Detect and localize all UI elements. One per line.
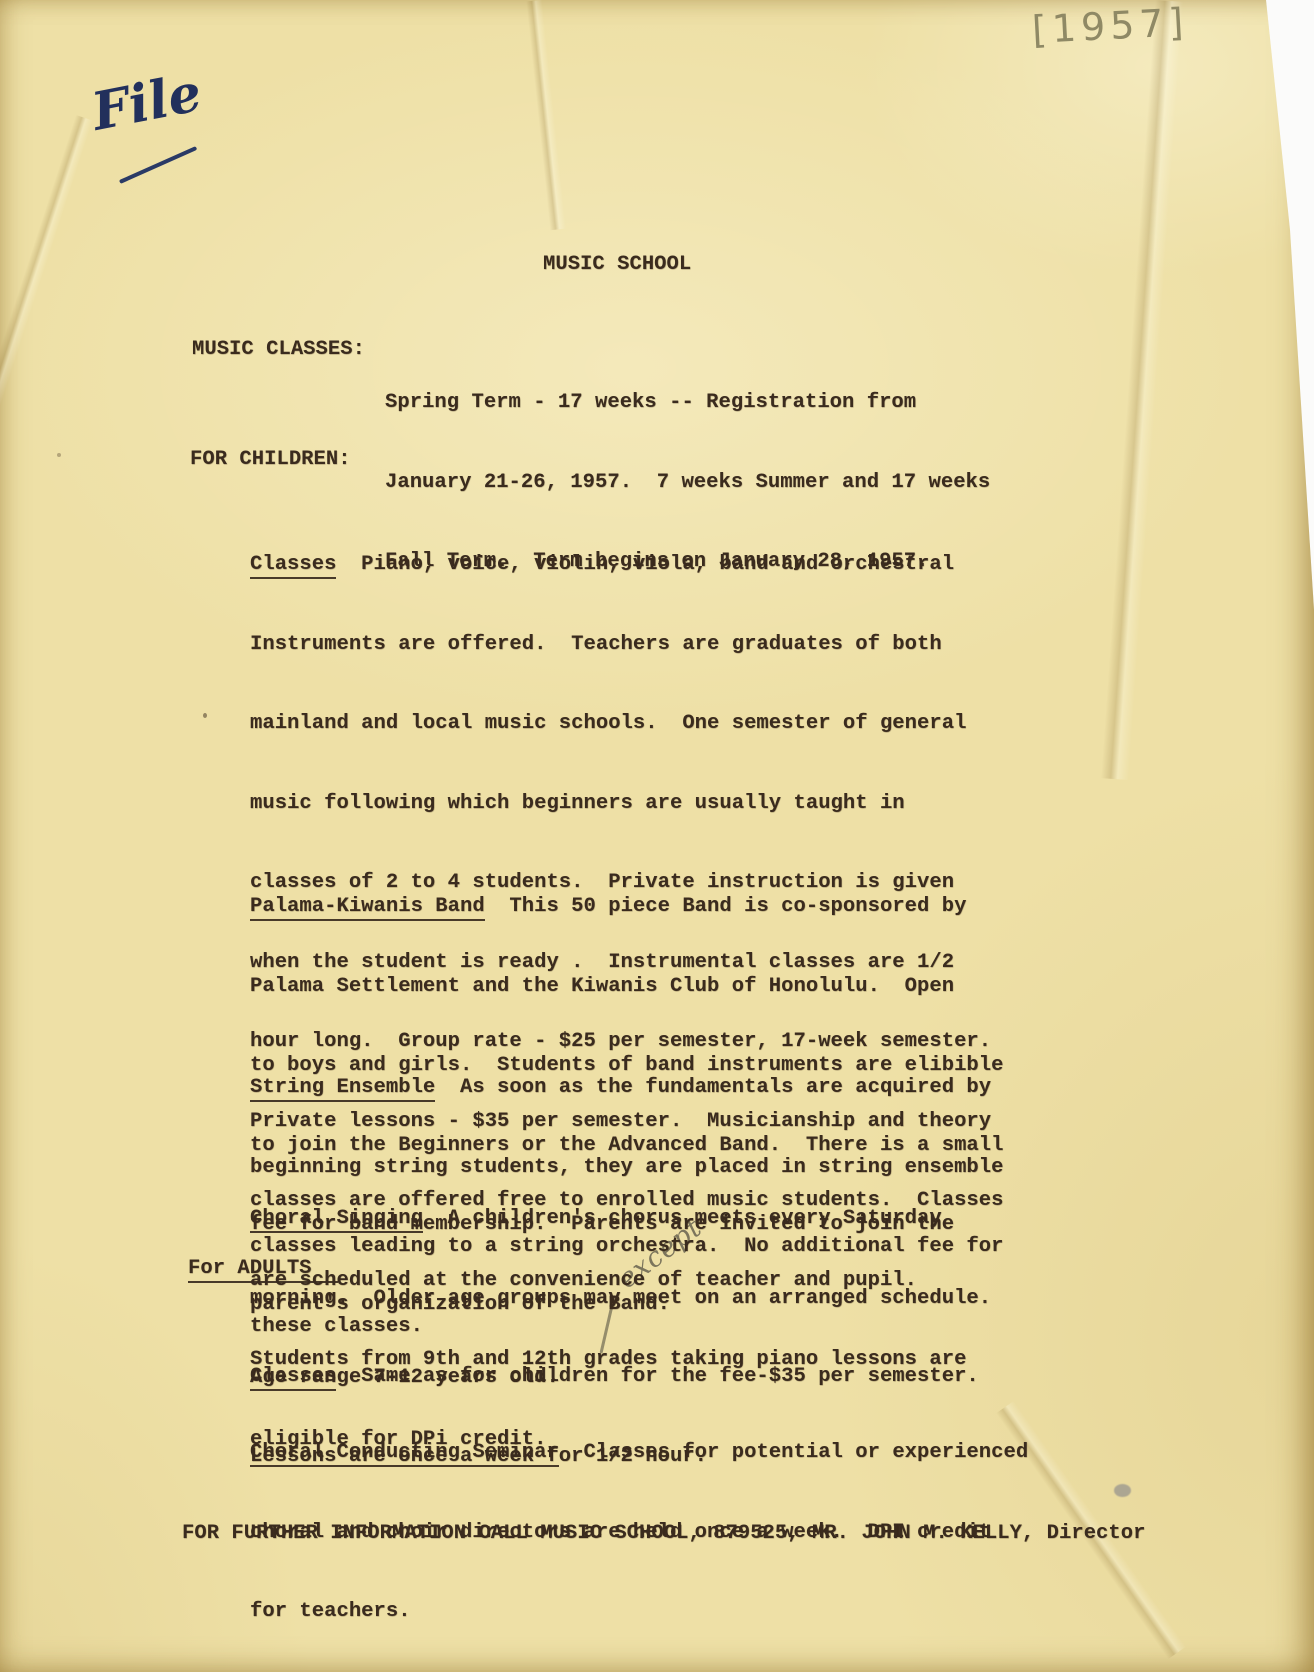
- text-line: for teachers.: [250, 1599, 1028, 1626]
- text-run: Piano, voice, violin, viola, band and or…: [336, 553, 954, 576]
- section-lead-underlined: Choral Conducting Seminar: [250, 1441, 559, 1467]
- text-line: Choral Singing A children's chorus meets…: [250, 1206, 991, 1233]
- section-lead-underlined: Palama-Kiwanis Band: [250, 895, 485, 921]
- text-run: A children's chorus meets every Saturday: [423, 1207, 942, 1230]
- footer-contact-line: FOR FURTHER INFORMATION CALL MUSIC SCHOO…: [182, 1521, 1145, 1548]
- section-lead-underlined: String Ensemble: [250, 1076, 435, 1102]
- text-line: Palama Settlement and the Kiwanis Club o…: [250, 974, 1003, 1001]
- text-run: Same as for children for the fee-$35 per…: [336, 1365, 978, 1388]
- text-line: String Ensemble As soon as the fundament…: [250, 1075, 1003, 1102]
- section-lead-underlined: Classes: [250, 553, 336, 579]
- text-run: As soon as the fundamentals are acquired…: [435, 1076, 991, 1099]
- text-line: music following which beginners are usua…: [250, 791, 1003, 818]
- document-title: MUSIC SCHOOL: [543, 252, 691, 279]
- ink-speck: [203, 713, 207, 718]
- section-lead-underlined: Choral Singing: [250, 1207, 423, 1233]
- music-classes-label: MUSIC CLASSES:: [192, 337, 365, 364]
- for-adults-heading: For ADULTS: [188, 1256, 338, 1283]
- text-run: Classes for potential or experienced: [559, 1441, 1028, 1464]
- text-line: January 21-26, 1957. 7 weeks Summer and …: [385, 470, 990, 497]
- for-children-heading: FOR CHILDREN:: [190, 447, 351, 474]
- text-line: morning. Older age groups may meet on an…: [250, 1286, 991, 1313]
- handwritten-year-note: [1957]: [1031, 0, 1189, 52]
- text-line: Instruments are offered. Teachers are gr…: [250, 632, 1003, 659]
- pencil-smudge: [1114, 1484, 1131, 1497]
- text-line: Spring Term - 17 weeks -- Registration f…: [385, 390, 990, 417]
- text-line: Palama-Kiwanis Band This 50 piece Band i…: [250, 894, 1003, 921]
- section-lead-underlined: For ADULTS: [188, 1257, 338, 1283]
- text-line: Classes Piano, voice, violin, viola, ban…: [250, 552, 1003, 579]
- scanned-document: File [1957] except MUSIC SCHOOL MUSIC CL…: [0, 0, 1314, 1672]
- ink-speck: [57, 453, 61, 457]
- text-run: This 50 piece Band is co-sponsored by: [485, 895, 967, 918]
- text-line: Choral Conducting Seminar Classes for po…: [250, 1440, 1028, 1467]
- text-line: mainland and local music schools. One se…: [250, 711, 1003, 738]
